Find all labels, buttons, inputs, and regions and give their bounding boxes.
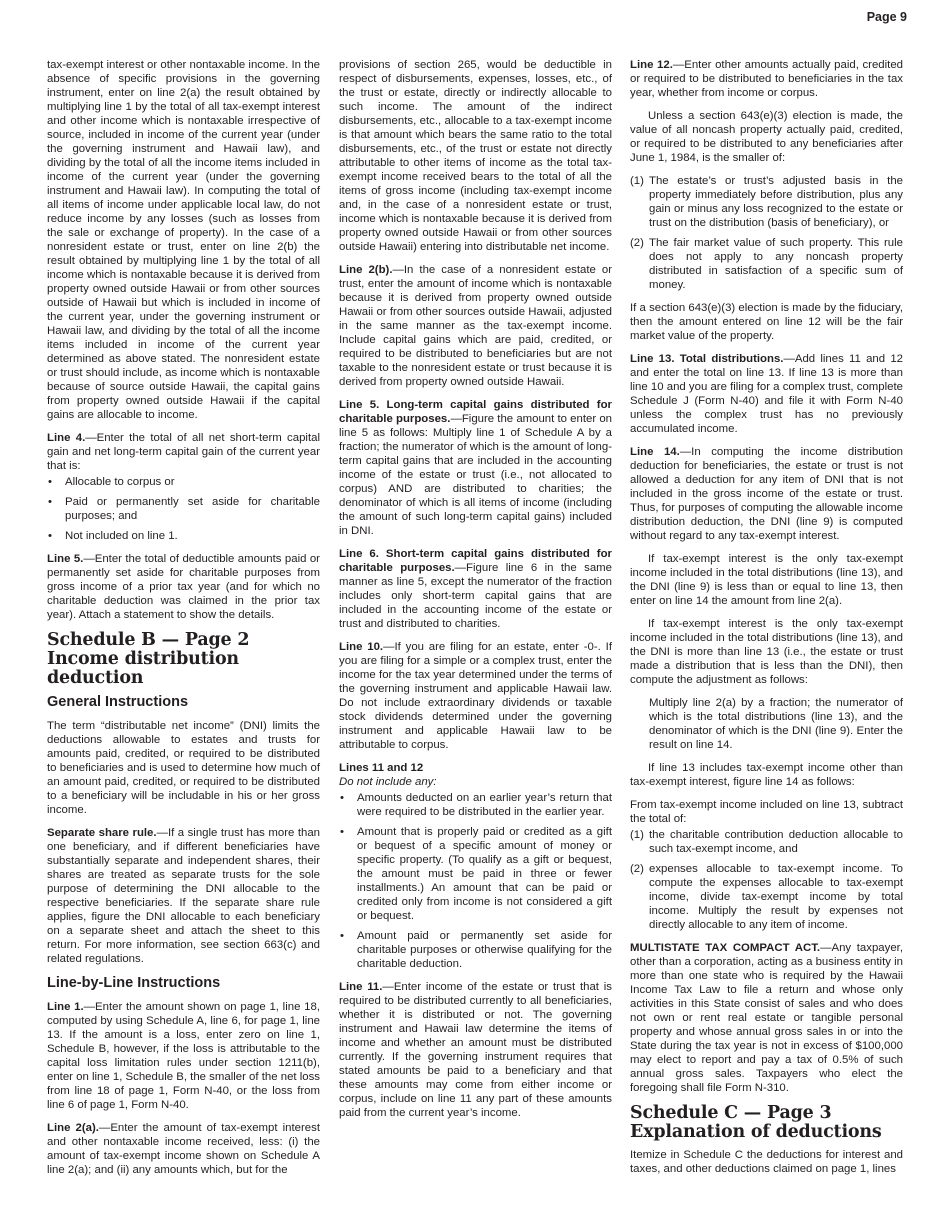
list-item: •Amounts deducted on an earlier year’s r… — [339, 791, 612, 819]
column-3: Line 12.—Enter other amounts actually pa… — [630, 58, 903, 1185]
list-item: (2)The fair market value of such propert… — [630, 236, 903, 292]
bullet-icon: • — [340, 929, 344, 943]
dni-definition: The term “distributable net income” (DNI… — [47, 719, 320, 817]
noncash-intro: Unless a section 643(e)(3) election is m… — [630, 109, 903, 165]
separate-share-rule: Separate share rule.—If a single trust h… — [47, 826, 320, 966]
bullet-icon: • — [48, 529, 52, 543]
line11-instruction: Line 11.—Enter income of the estate or t… — [339, 980, 612, 1120]
lines-11-12-bullets: •Amounts deducted on an earlier year’s r… — [339, 791, 612, 971]
schedule-c-heading: Schedule C — Page 3 Explanation of deduc… — [630, 1104, 903, 1142]
line10-instruction: Line 10.—If you are filing for an estate… — [339, 640, 612, 752]
schedule-b-heading: Schedule B — Page 2 Income distribution … — [47, 631, 320, 688]
noncash-list: (1)The estate’s or trust’s adjusted basi… — [630, 174, 903, 292]
line14-more-than: If tax-exempt interest is the only tax-e… — [630, 617, 903, 687]
line2a-continued: provisions of section 265, would be dedu… — [339, 58, 612, 254]
list-item: •Allocable to corpus or — [47, 475, 320, 489]
list-item: (1)the charitable contribution deduction… — [630, 828, 903, 856]
schedule-c-text: Itemize in Schedule C the deductions for… — [630, 1148, 903, 1176]
line12-instruction: Line 12.—Enter other amounts actually pa… — [630, 58, 903, 100]
line2a-continuation: tax-exempt interest or other nontaxable … — [47, 58, 320, 422]
line6-short-term-instruction: Line 6. Short-term capital gains distrib… — [339, 547, 612, 631]
multistate-tax-compact: MULTISTATE TAX COMPACT ACT.—Any taxpayer… — [630, 941, 903, 1095]
lines-11-12-heading: Lines 11 and 12 Do not include any: — [339, 761, 612, 789]
list-item: (1)The estate’s or trust’s adjusted basi… — [630, 174, 903, 230]
subtract-intro: From tax-exempt income included on line … — [630, 798, 903, 826]
bullet-icon: • — [48, 475, 52, 489]
line14-other-than: If line 13 includes tax-exempt income ot… — [630, 761, 903, 789]
line13-instruction: Line 13. Total distributions.—Add lines … — [630, 352, 903, 436]
line4-bullets: •Allocable to corpus or •Paid or permane… — [47, 475, 320, 543]
column-2: provisions of section 265, would be dedu… — [339, 58, 612, 1129]
line14-less-equal: If tax-exempt interest is the only tax-e… — [630, 552, 903, 608]
list-item: •Paid or permanently set aside for chari… — [47, 495, 320, 523]
list-item: (2)expenses allocable to tax-exempt inco… — [630, 862, 903, 932]
line4-instruction: Line 4.—Enter the total of all net short… — [47, 431, 320, 473]
column-1: tax-exempt interest or other nontaxable … — [47, 58, 320, 1186]
line-by-line-heading: Line-by-Line Instructions — [47, 975, 320, 992]
line14-instruction: Line 14.—In computing the income distrib… — [630, 445, 903, 543]
list-item: •Amount paid or permanently set aside fo… — [339, 929, 612, 971]
bullet-icon: • — [340, 791, 344, 805]
bullet-icon: • — [340, 825, 344, 839]
line1-instruction: Line 1.—Enter the amount shown on page 1… — [47, 1000, 320, 1112]
election-text: If a section 643(e)(3) election is made … — [630, 301, 903, 343]
general-instructions-heading: General Instructions — [47, 694, 320, 711]
subtract-list: (1)the charitable contribution deduction… — [630, 828, 903, 932]
line2b-instruction: Line 2(b).—In the case of a nonresident … — [339, 263, 612, 389]
line2a-instruction: Line 2(a).—Enter the amount of tax-exemp… — [47, 1121, 320, 1177]
line5-long-term-instruction: Line 5. Long-term capital gains distribu… — [339, 398, 612, 538]
line5-instruction: Line 5.—Enter the total of deductible am… — [47, 552, 320, 622]
bullet-icon: • — [48, 495, 52, 509]
list-item: •Amount that is properly paid or credite… — [339, 825, 612, 923]
page-number: Page 9 — [867, 10, 907, 24]
list-item: •Not included on line 1. — [47, 529, 320, 543]
line14-multiply: Multiply line 2(a) by a fraction; the nu… — [630, 696, 903, 752]
